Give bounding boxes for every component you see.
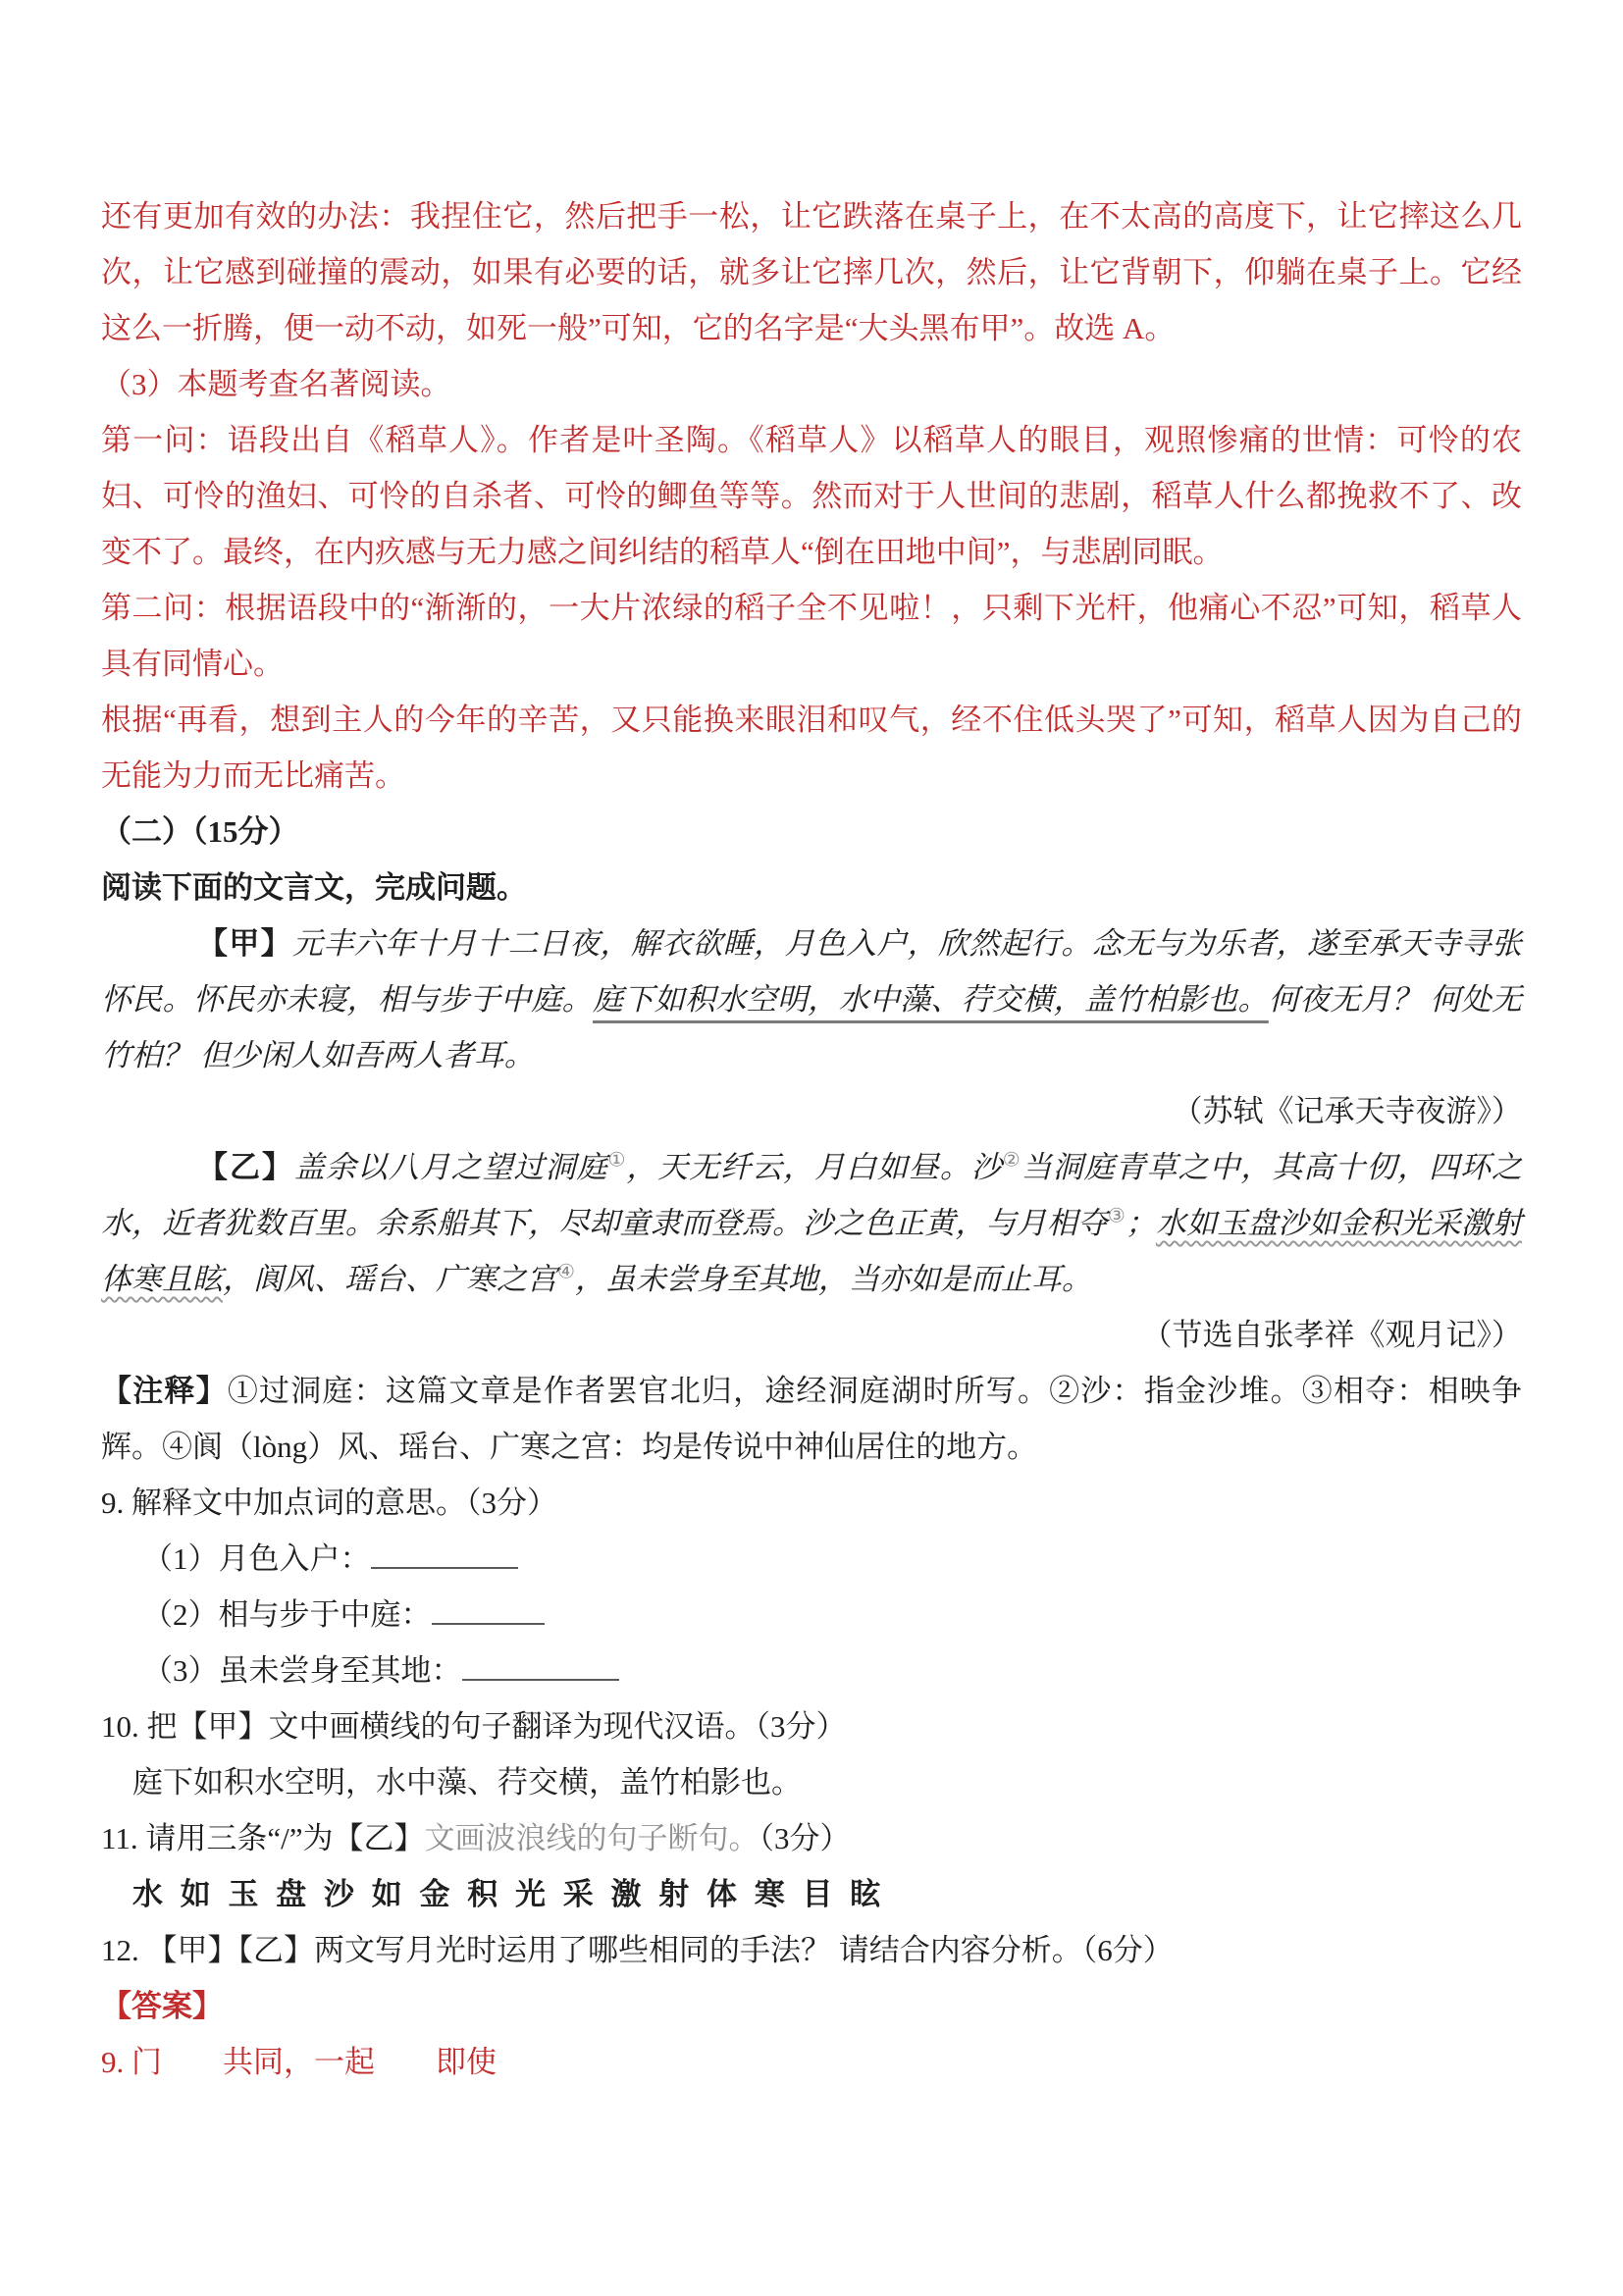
question-10-sentence: 庭下如积水空明，水中藻、荇交横，盖竹柏影也。 — [101, 1754, 1522, 1810]
analysis-paragraph-1: 还有更加有效的办法：我捏住它，然后把手一松，让它跌落在桌子上，在不太高的高度下，… — [101, 188, 1522, 356]
passage-jia: 【甲】元丰六年十月十二日夜，解衣欲睡，月色入户，欣然起行。念无与为乐者，遂至承天… — [101, 915, 1522, 1083]
question-11-stem-gray: 文画波浪线的句子断句。 — [424, 1821, 759, 1855]
reading-instruction: 阅读下面的文言文，完成问题。 — [101, 860, 1522, 915]
notes-paragraph: 【注释】①过洞庭：这篇文章是作者罢官北归，途经洞庭湖时所写。②沙：指金沙堆。③相… — [101, 1363, 1522, 1475]
passage-yi-text-5: ，虽未尝身至其地，当亦如是而止耳。 — [575, 1262, 1092, 1296]
question-9-item-3: （3）虽未尝身至其地： — [101, 1643, 1522, 1698]
question-11-stem: 11. 请用三条“/”为【乙】文画波浪线的句子断句。（3分） — [101, 1810, 1522, 1866]
answer-blank-line-2 — [432, 1593, 545, 1625]
answer-heading: 【答案】 — [101, 1978, 1522, 2034]
question-12-stem: 12. 【甲】【乙】两文写月光时运用了哪些相同的手法？ 请结合内容分析。（6分） — [101, 1922, 1522, 1978]
answer-blank-line-1 — [371, 1538, 518, 1569]
question-9-item-1: （1）月色入户： — [101, 1531, 1522, 1587]
answer-9: 9. 门 共同，一起 即使 — [101, 2034, 1522, 2090]
notes-body: ①过洞庭：这篇文章是作者罢官北归，途经洞庭湖时所写。②沙：指金沙堆。③相夺：相映… — [101, 1374, 1522, 1464]
analysis-paragraph-5: 根据“再看，想到主人的今年的辛苦，又只能换来眼泪和叹气，经不住低头哭了”可知，稻… — [101, 692, 1522, 804]
answer-blank-line-3 — [462, 1649, 619, 1681]
question-11-sentence: 水 如 玉 盘 沙 如 金 积 光 采 激 射 体 寒 目 眩 — [101, 1866, 1522, 1922]
analysis-paragraph-4: 第二问：根据语段中的“渐渐的，一大片浓绿的稻子全不见啦！，只剩下光杆，他痛心不忍… — [101, 580, 1522, 692]
question-11-stem-prefix: 11. 请用三条“/”为【乙】 — [101, 1821, 424, 1855]
passage-yi-text-4: ，阆风、瑶台、广寒之宫 — [223, 1262, 557, 1296]
passage-yi: 【乙】盖余以八月之望过洞庭①，天无纤云，月白如昼。沙②当洞庭青草之中，其高十仞，… — [101, 1139, 1522, 1307]
passage-jia-underlined-sentence: 庭下如积水空明，水中藻、荇交横，盖竹柏影也。 — [593, 982, 1269, 1017]
question-9-item-2-label: （2）相与步于中庭： — [142, 1597, 432, 1632]
note-number-2-icon: ② — [1003, 1150, 1021, 1172]
question-9-item-2: （2）相与步于中庭： — [101, 1587, 1522, 1643]
note-number-4-icon: ④ — [557, 1262, 575, 1283]
note-number-3-icon: ③ — [1108, 1206, 1126, 1227]
question-9-item-3-label: （3）虽未尝身至其地： — [142, 1653, 462, 1688]
analysis-paragraph-3: 第一问：语段出自《稻草人》。作者是叶圣陶。《稻草人》以稻草人的眼目，观照惨痛的世… — [101, 412, 1522, 580]
passage-yi-semicolon: ； — [1126, 1206, 1156, 1240]
passage-yi-text-2: ，天无纤云，月白如昼。沙 — [626, 1150, 1002, 1184]
passage-yi-source: （节选自张孝祥《观月记》） — [101, 1307, 1522, 1363]
section-heading: （二）（15分） — [101, 804, 1522, 860]
notes-label: 【注释】 — [101, 1374, 228, 1408]
question-9-stem: 9. 解释文中加点词的意思。（3分） — [101, 1475, 1522, 1531]
analysis-paragraph-2: （3）本题考查名著阅读。 — [101, 356, 1522, 412]
question-11-stem-score: （3分） — [759, 1821, 850, 1855]
question-10-stem: 10. 把【甲】文中画横线的句子翻译为现代汉语。（3分） — [101, 1698, 1522, 1754]
exam-answer-page: 还有更加有效的办法：我捏住它，然后把手一松，让它跌落在桌子上，在不太高的高度下，… — [0, 0, 1623, 2296]
passage-jia-source: （苏轼《记承天寺夜游》） — [101, 1083, 1522, 1139]
passage-yi-label: 【乙】 — [197, 1150, 294, 1184]
note-number-1-icon: ① — [607, 1150, 626, 1172]
passage-jia-label: 【甲】 — [197, 926, 292, 961]
passage-yi-text-1: 盖余以八月之望过洞庭 — [294, 1150, 608, 1184]
question-9-item-1-label: （1）月色入户： — [142, 1541, 371, 1576]
